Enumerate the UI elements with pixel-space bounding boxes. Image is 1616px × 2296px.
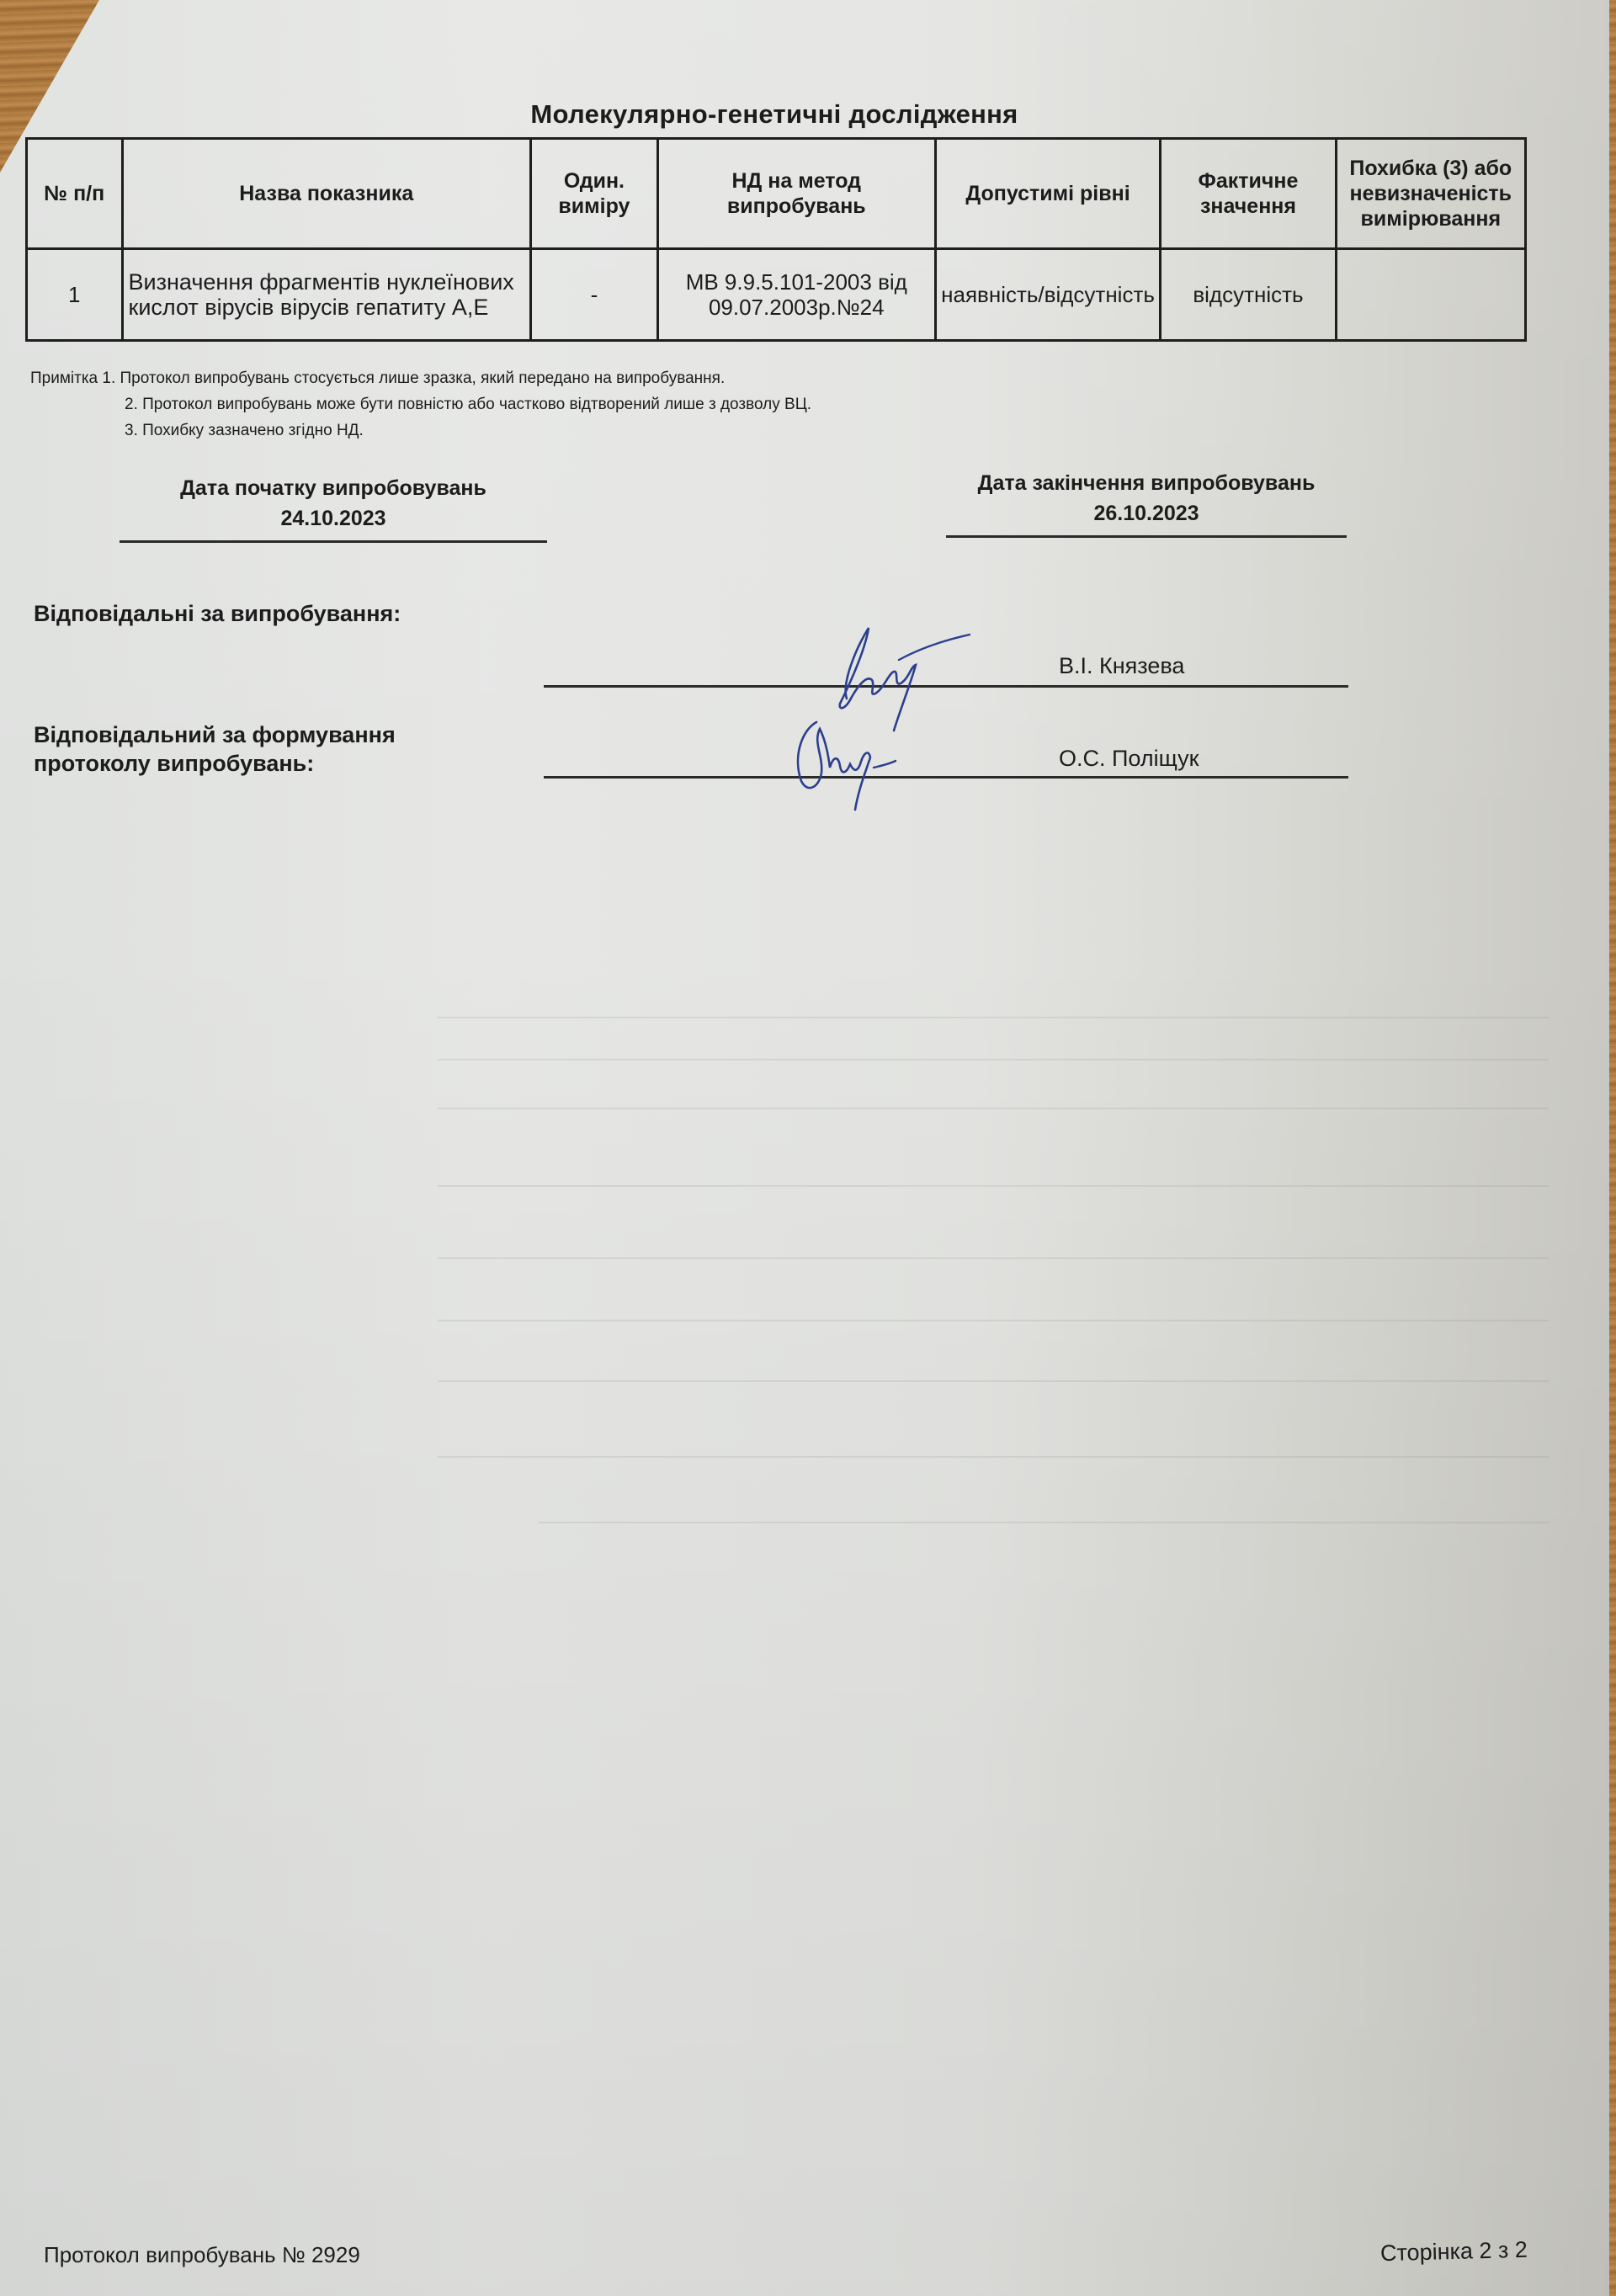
row-allowed-levels: наявність/відсутність	[935, 249, 1161, 341]
end-date-rule	[946, 535, 1347, 538]
table-row: 1 Визначення фрагментів нуклеїнових кисл…	[27, 249, 1526, 341]
row-method: МВ 9.9.5.101-2003 від 09.07.2003р.№24	[657, 249, 935, 341]
end-date-value: 26.10.2023	[946, 498, 1347, 529]
row-actual-value: відсутність	[1161, 249, 1336, 341]
note-text: 1. Протокол випробувань стосується лише …	[102, 369, 725, 387]
note-1: Примітка 1. Протокол випробувань стосуєт…	[30, 365, 811, 391]
note-2: 2. Протокол випробувань може бути повніс…	[30, 391, 811, 417]
row-uncertainty	[1336, 249, 1525, 341]
footer-protocol-number: Протокол випробувань № 2929	[44, 2242, 360, 2268]
responsible-testing-label: Відповідальні за випробування:	[34, 599, 401, 628]
header-indicator-name: Назва показника	[122, 139, 530, 249]
header-unit: Один. виміру	[530, 139, 657, 249]
row-number: 1	[27, 249, 123, 341]
start-date-value: 24.10.2023	[120, 503, 547, 534]
signer-name-2: О.С. Поліщук	[1059, 746, 1199, 772]
handwritten-signature-2	[783, 705, 951, 815]
start-date-rule	[120, 540, 547, 543]
header-number: № п/п	[27, 139, 123, 249]
responsible-protocol-label-text: Відповідальний за формування протоколу в…	[34, 722, 396, 776]
table-header-row: № п/п Назва показника Один. виміру НД на…	[27, 139, 1526, 249]
row-indicator-name: Визначення фрагментів нуклеїнових кислот…	[122, 249, 530, 341]
header-actual-value: Фактичне значення	[1161, 139, 1336, 249]
footer-page-number: Сторінка 2 з 2	[1380, 2237, 1528, 2267]
signer-name-1: В.І. Князева	[1059, 653, 1184, 679]
header-method: НД на метод випробувань	[657, 139, 935, 249]
notes-prefix: Примітка	[30, 369, 98, 387]
start-date-label: Дата початку випробовувань	[120, 473, 547, 503]
header-uncertainty: Похибка (3) або невизначеність вимірюван…	[1336, 139, 1525, 249]
row-unit: -	[530, 249, 657, 341]
start-date-block: Дата початку випробовувань 24.10.2023	[120, 473, 547, 543]
notes-block: Примітка 1. Протокол випробувань стосуєт…	[30, 365, 811, 444]
end-date-block: Дата закінчення випробовувань 26.10.2023	[946, 468, 1347, 538]
end-date-label: Дата закінчення випробовувань	[946, 468, 1347, 498]
results-table: № п/п Назва показника Один. виміру НД на…	[25, 137, 1527, 342]
note-3: 3. Похибку зазначено згідно НД.	[30, 417, 811, 444]
document-page	[0, 0, 1616, 2296]
section-title: Молекулярно-генетичні дослідження	[0, 99, 1549, 130]
header-allowed-levels: Допустимі рівні	[935, 139, 1161, 249]
reverse-side-show-through	[0, 0, 1616, 2296]
responsible-protocol-label: Відповідальний за формування протоколу в…	[34, 720, 471, 778]
